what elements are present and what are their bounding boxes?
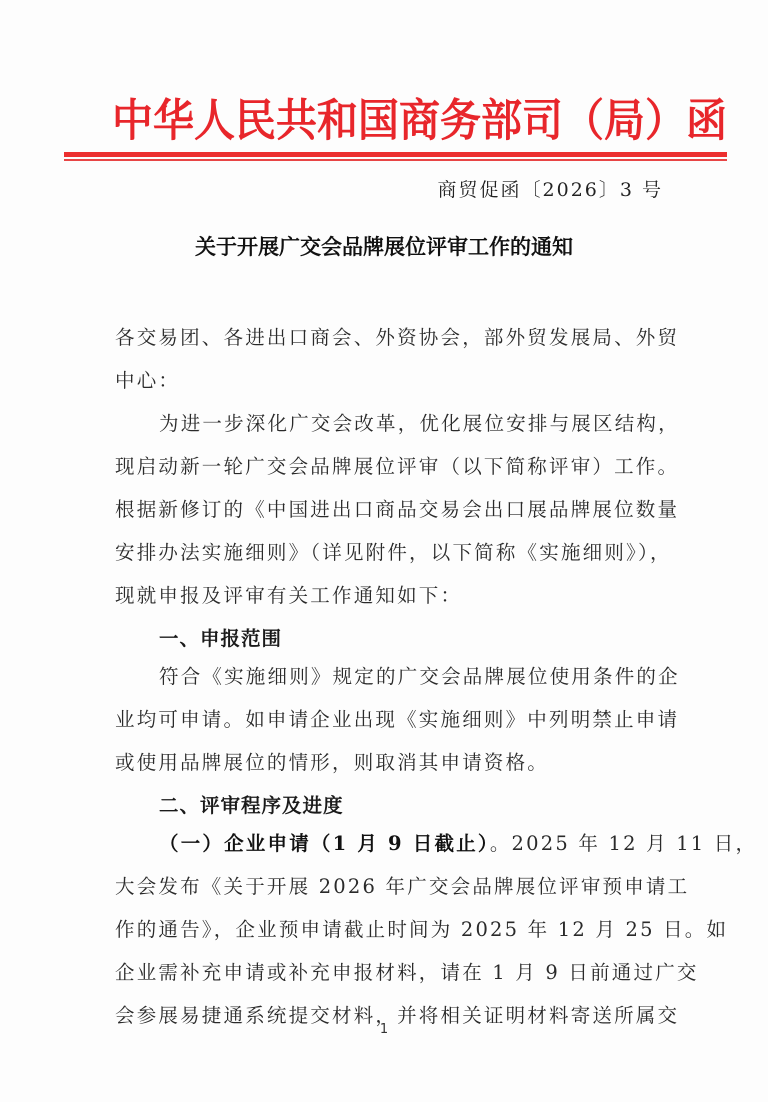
subsection-line: 作的通告》，企业预申请截止时间为 2025 年 12 月 25 日。如 bbox=[115, 908, 675, 951]
document-number: 商贸促函〔2026〕3 号 bbox=[438, 176, 663, 204]
subsection-lead-rest: 。2025 年 12 月 11 日， bbox=[490, 832, 757, 855]
section1-line: 业均可申请。如申请企业出现《实施细则》中列明禁止申请 bbox=[115, 698, 675, 741]
intro-line: 根据新修订的《中国进出口商品交易会出口展品牌展位数量 bbox=[115, 488, 675, 531]
section-heading-scope: 一、申报范围 bbox=[115, 617, 675, 655]
letterhead-rule-thick bbox=[64, 152, 727, 157]
subsection-lead-line: （一）企业申请（1 月 9 日截止）。2025 年 12 月 11 日， bbox=[115, 822, 675, 865]
intro-line: 现启动新一轮广交会品牌展位评审（以下简称评审）工作。 bbox=[115, 445, 675, 488]
document-body: 各交易团、各进出口商会、外资协会，部外贸发展局、外贸 中心： 为进一步深化广交会… bbox=[115, 316, 675, 1037]
page-number: 1 bbox=[0, 1022, 768, 1037]
intro-line: 安排办法实施细则》（详见附件，以下简称《实施细则》）， bbox=[115, 531, 675, 574]
document-title: 关于开展广交会品牌展位评审工作的通知 bbox=[0, 230, 768, 264]
subsection-line: 大会发布《关于开展 2026 年广交会品牌展位评审预申请工 bbox=[115, 865, 675, 908]
salutation-line: 各交易团、各进出口商会、外资协会，部外贸发展局、外贸 bbox=[115, 316, 675, 359]
subsection-line: 企业需补充申请或补充申报材料，请在 1 月 9 日前通过广交 bbox=[115, 951, 675, 994]
section1-line: 符合《实施细则》规定的广交会品牌展位使用条件的企 bbox=[115, 655, 675, 698]
document-page: 中华人民共和国商务部司（局）函 商贸促函〔2026〕3 号 关于开展广交会品牌展… bbox=[0, 0, 768, 1102]
subsection-bold-lead: （一）企业申请（1 月 9 日截止） bbox=[159, 832, 490, 855]
letterhead-rule-thin bbox=[64, 159, 727, 161]
salutation-line: 中心： bbox=[115, 359, 675, 402]
section-heading-procedure: 二、评审程序及进度 bbox=[115, 784, 675, 822]
letterhead-title: 中华人民共和国商务部司（局）函 bbox=[112, 88, 712, 153]
intro-line: 为进一步深化广交会改革，优化展位安排与展区结构， bbox=[115, 402, 675, 445]
intro-line: 现就申报及评审有关工作通知如下： bbox=[115, 574, 675, 617]
section1-line: 或使用品牌展位的情形，则取消其申请资格。 bbox=[115, 741, 675, 784]
